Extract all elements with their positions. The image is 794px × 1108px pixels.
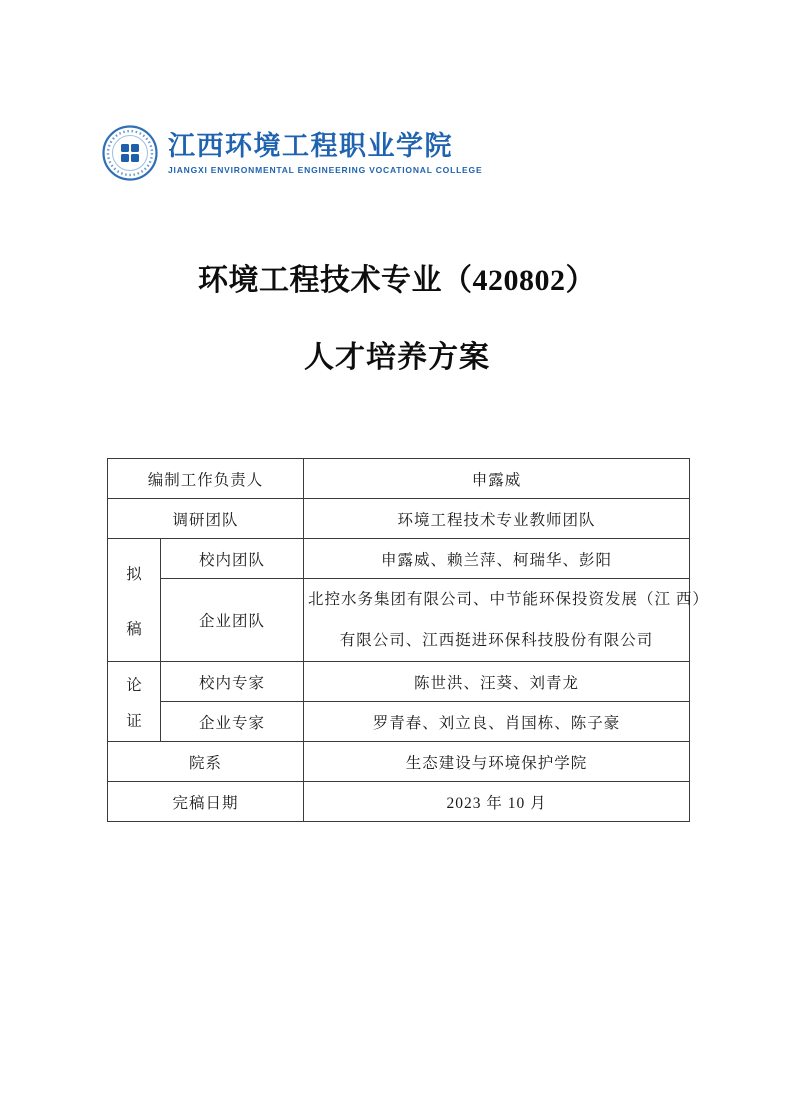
table-row-compiler: 编制工作负责人 申露威 — [108, 459, 690, 499]
table-row-enterprise-team: 企业团队 北控水务集团有限公司、中节能环保投资发展（江 西） 有限公司、江西挺进… — [108, 579, 690, 662]
college-logo: 江西环境工程职业学院 JIANGXI ENVIRONMENTAL ENGINEE… — [101, 124, 482, 182]
document-page: 江西环境工程职业学院 JIANGXI ENVIRONMENTAL ENGINEE… — [0, 0, 794, 1108]
cell-value: 罗青春、刘立良、肖国栋、陈子豪 — [304, 702, 690, 742]
table-row-research-team: 调研团队 环境工程技术专业教师团队 — [108, 499, 690, 539]
cell-value: 环境工程技术专业教师团队 — [304, 499, 690, 539]
cell-sublabel: 校内团队 — [161, 539, 304, 579]
cell-label: 完稿日期 — [108, 782, 304, 822]
group-cell-review: 论 证 — [108, 662, 161, 742]
value-line: 北控水务集团有限公司、中节能环保投资发展（江 西） — [308, 579, 685, 620]
page-subtitle: 人才培养方案 — [0, 341, 794, 376]
cell-value: 生态建设与环境保护学院 — [304, 742, 690, 782]
cell-label: 院系 — [108, 742, 304, 782]
info-table: 编制工作负责人 申露威 调研团队 环境工程技术专业教师团队 拟 稿 校内团队 申… — [107, 458, 690, 822]
table-row-date: 完稿日期 2023 年 10 月 — [108, 782, 690, 822]
cell-value: 陈世洪、汪葵、刘青龙 — [304, 662, 690, 702]
table-row-department: 院系 生态建设与环境保护学院 — [108, 742, 690, 782]
group-cell-draft: 拟 稿 — [108, 539, 161, 662]
group-char: 论 — [126, 673, 142, 695]
group-char: 证 — [126, 709, 142, 731]
cell-label: 编制工作负责人 — [108, 459, 304, 499]
cell-label: 调研团队 — [108, 499, 304, 539]
cell-sublabel: 企业团队 — [161, 579, 304, 662]
cell-value: 申露威、赖兰萍、柯瑞华、彭阳 — [304, 539, 690, 579]
group-char: 拟 — [126, 562, 142, 584]
college-name-en: JIANGXI ENVIRONMENTAL ENGINEERING VOCATI… — [168, 165, 482, 175]
table-row-school-experts: 论 证 校内专家 陈世洪、汪葵、刘青龙 — [108, 662, 690, 702]
table-row-school-team: 拟 稿 校内团队 申露威、赖兰萍、柯瑞华、彭阳 — [108, 539, 690, 579]
cell-value: 北控水务集团有限公司、中节能环保投资发展（江 西） 有限公司、江西挺进环保科技股… — [304, 579, 690, 662]
cell-value: 申露威 — [304, 459, 690, 499]
group-char: 稿 — [126, 617, 142, 639]
cell-sublabel: 企业专家 — [161, 702, 304, 742]
college-emblem-icon — [101, 124, 159, 182]
value-line: 有限公司、江西挺进环保科技股份有限公司 — [308, 620, 685, 661]
table-row-enterprise-experts: 企业专家 罗青春、刘立良、肖国栋、陈子豪 — [108, 702, 690, 742]
cell-value: 2023 年 10 月 — [304, 782, 690, 822]
page-title: 环境工程技术专业（420802） — [0, 264, 794, 299]
cell-sublabel: 校内专家 — [161, 662, 304, 702]
college-name-cn: 江西环境工程职业学院 — [168, 131, 482, 162]
college-name-block: 江西环境工程职业学院 JIANGXI ENVIRONMENTAL ENGINEE… — [168, 131, 482, 175]
